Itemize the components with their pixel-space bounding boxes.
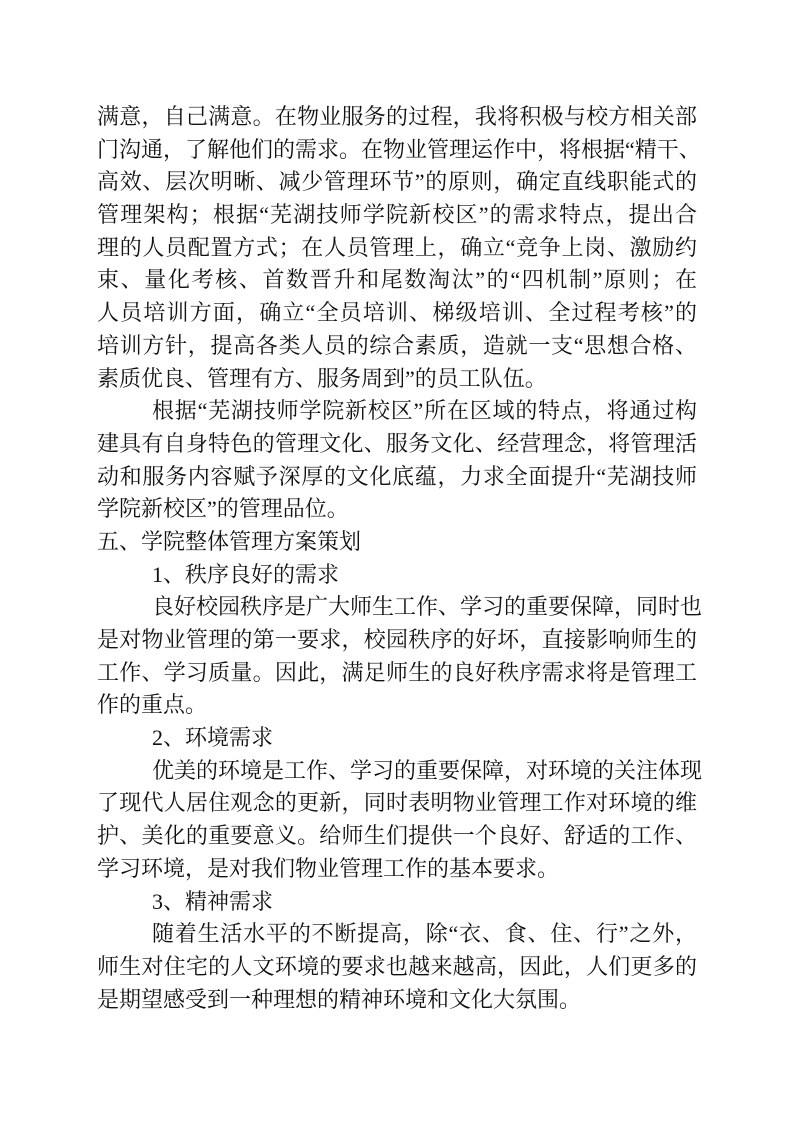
text-line: 护、美化的重要意义。给师生们提供一个良好、舒适的工作、 [97, 820, 697, 853]
text-line: 随着生活水平的不断提高，除“衣、食、住、行”之外， [97, 918, 697, 951]
text-line: 束、量化考核、首数晋升和尾数淘汰”的“四机制”原则；在 [97, 264, 697, 297]
text-line: 素质优良、管理有方、服务周到”的员工队伍。 [97, 363, 697, 396]
text-line: 学习环境，是对我们物业管理工作的基本要求。 [97, 853, 697, 886]
text-line: 学院新校区”的管理品位。 [97, 493, 697, 526]
text-line: 良好校园秩序是广大师生工作、学习的重要保障，同时也 [97, 591, 697, 624]
text-line: 高效、层次明晰、减少管理环节”的原则，确定直线职能式的 [97, 166, 697, 199]
sub-heading: 3、精神需求 [97, 886, 697, 919]
text-line: 建具有自身特色的管理文化、服务文化、经营理念，将管理活 [97, 428, 697, 461]
text-line: 作的重点。 [97, 689, 697, 722]
text-line: 师生对住宅的人文环境的要求也越来越高，因此，人们更多的 [97, 951, 697, 984]
text-line: 管理架构；根据“芜湖技师学院新校区”的需求特点，提出合 [97, 199, 697, 232]
document-body: 满意，自己满意。在物业服务的过程，我将积极与校方相关部门沟通，了解他们的需求。在… [97, 101, 697, 1016]
text-line: 是对物业管理的第一要求，校园秩序的好坏，直接影响师生的 [97, 624, 697, 657]
text-line: 满意，自己满意。在物业服务的过程，我将积极与校方相关部 [97, 101, 697, 134]
text-line: 优美的环境是工作、学习的重要保障，对环境的关注体现 [97, 755, 697, 788]
text-line: 了现代人居住观念的更新，同时表明物业管理工作对环境的维 [97, 787, 697, 820]
text-line: 培训方针，提高各类人员的综合素质，造就一支“思想合格、 [97, 330, 697, 363]
sub-heading: 1、秩序良好的需求 [97, 559, 697, 592]
text-line: 工作、学习质量。因此，满足师生的良好秩序需求将是管理工 [97, 657, 697, 690]
sub-heading: 2、环境需求 [97, 722, 697, 755]
text-line: 人员培训方面，确立“全员培训、梯级培训、全过程考核”的 [97, 297, 697, 330]
section-heading: 五、学院整体管理方案策划 [97, 526, 697, 559]
text-line: 门沟通，了解他们的需求。在物业管理运作中，将根据“精干、 [97, 134, 697, 167]
text-line: 动和服务内容赋予深厚的文化底蕴，力求全面提升“芜湖技师 [97, 461, 697, 494]
text-line: 理的人员配置方式；在人员管理上，确立“竞争上岗、激励约 [97, 232, 697, 265]
text-line: 是期望感受到一种理想的精神环境和文化大氛围。 [97, 984, 697, 1017]
document-page: 满意，自己满意。在物业服务的过程，我将积极与校方相关部门沟通，了解他们的需求。在… [0, 0, 793, 1122]
text-line: 根据“芜湖技师学院新校区”所在区域的特点，将通过构 [97, 395, 697, 428]
